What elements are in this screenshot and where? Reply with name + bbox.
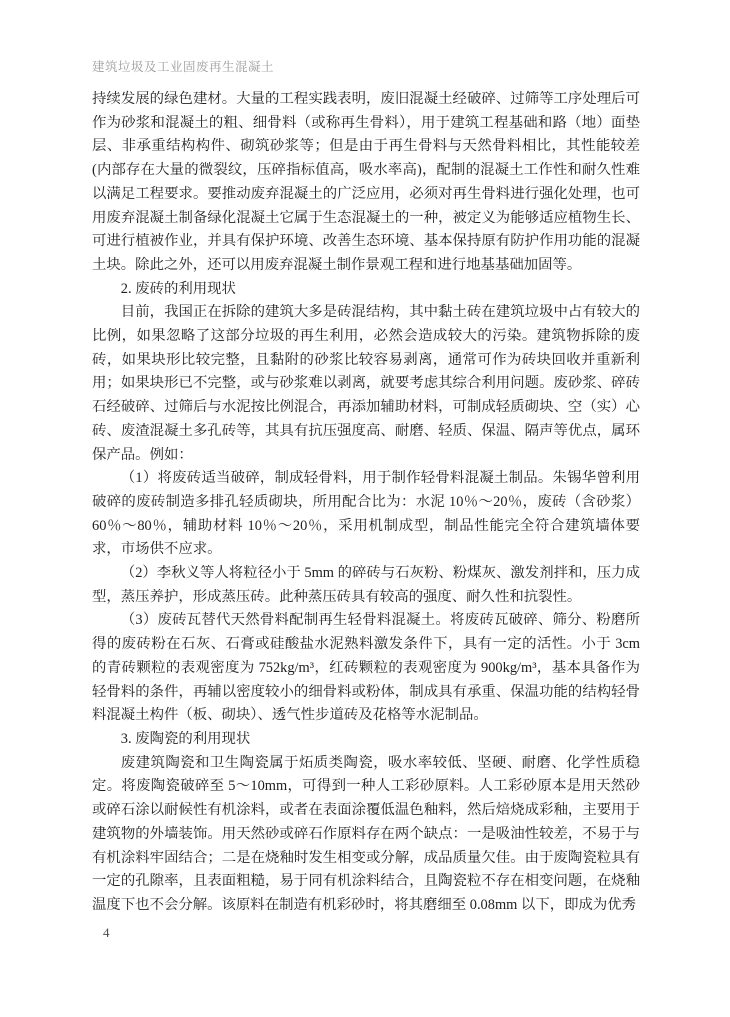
- paragraph-example-1: （1）将废砖适当破碎，制成轻骨料，用于制作轻骨料混凝土制品。朱锡华曾利用破碎的废…: [92, 467, 640, 562]
- document-body: 持续发展的绿色建材。大量的工程实践表明，废旧混凝土经破碎、过筛等工序处理后可作为…: [92, 88, 640, 918]
- document-page: 建筑垃圾及工业固废再生混凝土 持续发展的绿色建材。大量的工程实践表明，废旧混凝土…: [0, 0, 730, 1017]
- running-header: 建筑垃圾及工业固废再生混凝土: [92, 57, 274, 75]
- paragraph-example-2: （2）李秋义等人将粒径小于 5mm 的碎砖与石灰粉、粉煤灰、激发剂拌和，压力成型…: [92, 562, 640, 609]
- section-heading-waste-ceramic: 3. 废陶瓷的利用现状: [92, 728, 640, 752]
- paragraph-concrete-reuse: 持续发展的绿色建材。大量的工程实践表明，废旧混凝土经破碎、过筛等工序处理后可作为…: [92, 88, 640, 278]
- section-heading-waste-brick: 2. 废砖的利用现状: [92, 278, 640, 302]
- page-number: 4: [103, 925, 110, 941]
- paragraph-brick-overview: 目前，我国正在拆除的建筑大多是砖混结构，其中黏土砖在建筑垃圾中占有较大的比例，如…: [92, 301, 640, 467]
- paragraph-example-3: （3）废砖瓦替代天然骨料配制再生轻骨料混凝土。将废砖瓦破碎、筛分、粉磨所得的废砖…: [92, 609, 640, 728]
- paragraph-ceramic-overview: 废建筑陶瓷和卫生陶瓷属于炻质类陶瓷，吸水率较低、坚硬、耐磨、化学性质稳定。将废陶…: [92, 752, 640, 918]
